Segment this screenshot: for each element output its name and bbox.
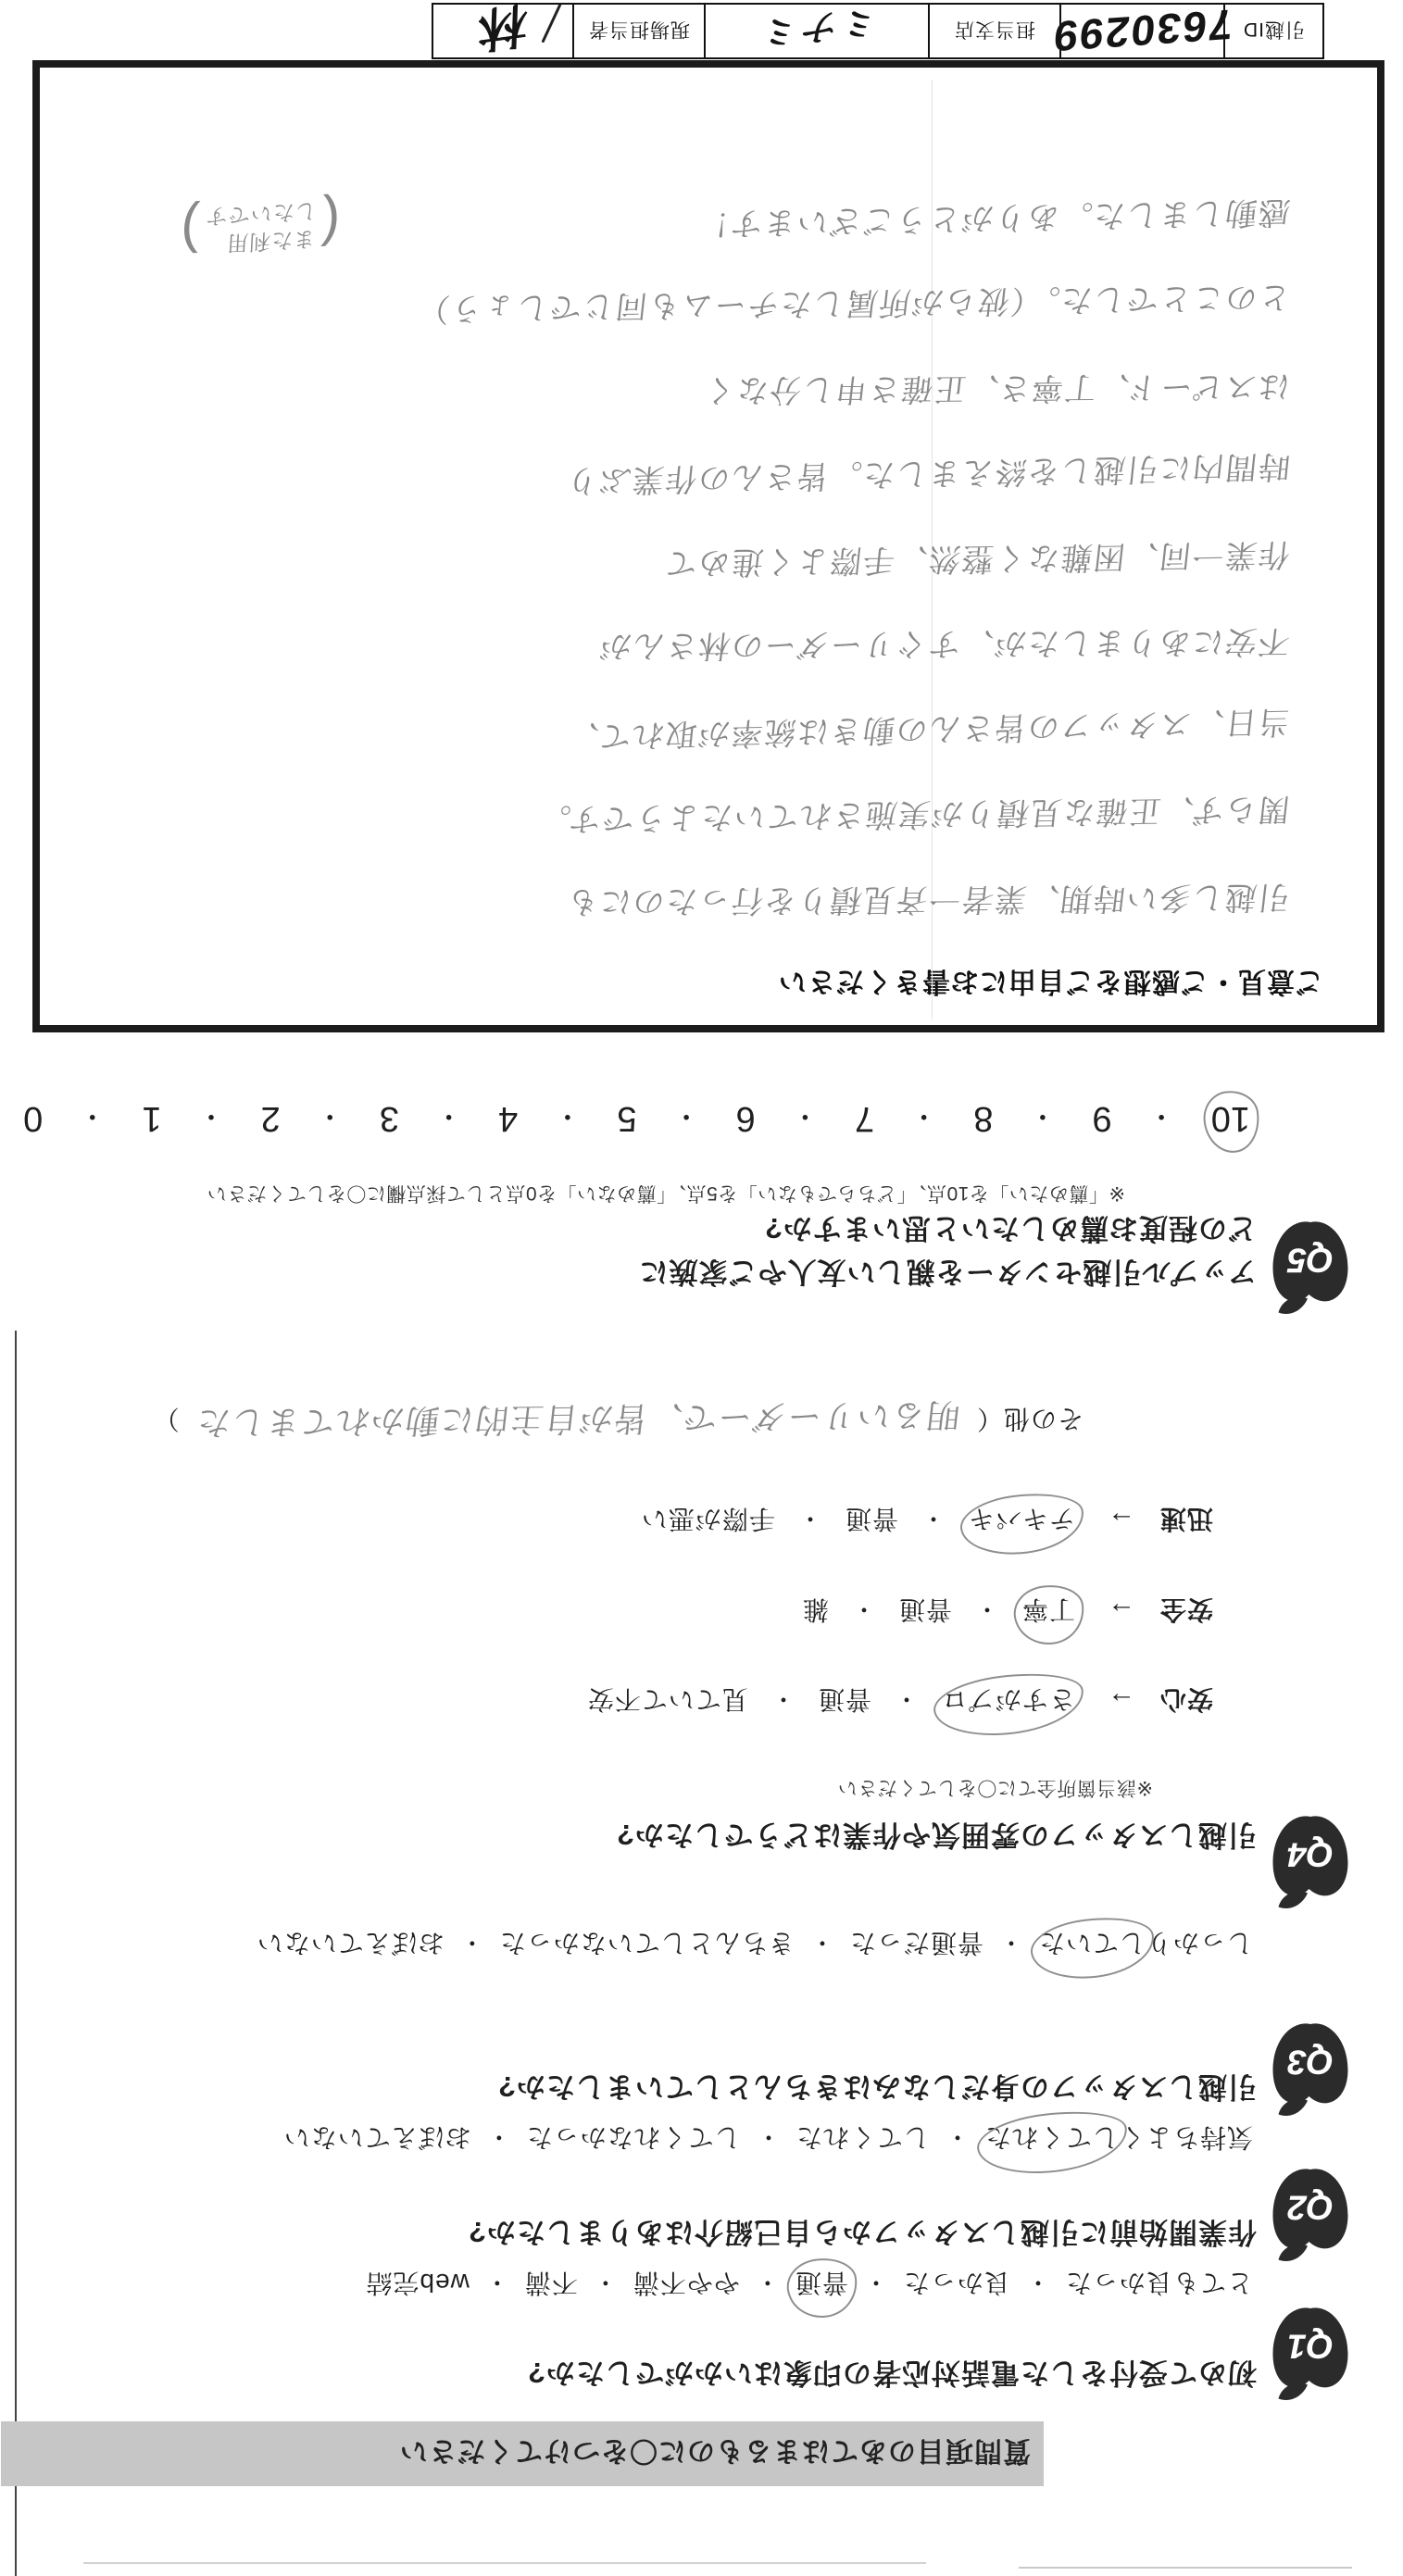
answer-option: 4 <box>498 1099 518 1139</box>
answer-option: 2 <box>261 1099 281 1139</box>
q4-other-handwriting: 明るいリーダーで、皆が自主的に動かれてました <box>193 1394 962 1449</box>
answer-option: してくれた <box>795 2120 930 2157</box>
answer-option: web完結 <box>365 2266 469 2303</box>
branch-label: 担当支店 <box>954 18 1035 45</box>
comment-line: とのことでした。（彼らが所属したチームも同じでしょう） <box>414 277 1292 334</box>
banner-text: 質問項目のあてはまるものに〇をつけてください <box>399 2433 1031 2474</box>
q1-apple-badge-icon: Q1 <box>1266 2298 1355 2405</box>
option-separator: ・ <box>435 1098 463 1139</box>
answer-option: してくれなかった <box>526 2120 741 2157</box>
option-separator: ・ <box>952 1594 1021 1629</box>
q5-title-line2: どの程度お薦めしたいと思いますか? <box>764 1210 1257 1252</box>
circled-answer: 普通 <box>795 2266 848 2303</box>
q4-row-anshin: 安心→さすがプロ・普通・見ていて不安 <box>587 1682 1213 1719</box>
option-separator: ・ <box>316 1098 344 1139</box>
answer-option: 丁寧 <box>1021 1593 1075 1630</box>
scan-artifact-line <box>1019 2567 1352 2569</box>
answer-option: しっかりしていた <box>1038 1926 1253 1963</box>
option-separator: ・ <box>740 2268 795 2302</box>
q5-note: ※「薦めたい」を10点、「どちらでもない」を5点、「薦めない」を0点として採点欄… <box>207 1181 1125 1208</box>
branch-label-cell: 担当支店 <box>928 5 1059 57</box>
staff-signature-cell: 林 <box>433 5 572 57</box>
answer-option: 8 <box>973 1099 993 1139</box>
comment-line: 当日、スタッフの皆さんの動きは統率が取れて、 <box>563 702 1292 762</box>
comment-ps-text: また利用したいです <box>204 197 318 259</box>
svg-text:Q2: Q2 <box>1287 2189 1334 2228</box>
branch-handwritten-value: ミナミ <box>754 0 880 62</box>
comment-ps-line: また利用 <box>204 225 316 258</box>
answer-option: 見ていて不安 <box>587 1682 748 1719</box>
answer-option: 1 <box>142 1099 161 1139</box>
answer-option: 雑 <box>802 1593 829 1630</box>
option-separator: ・ <box>79 1098 106 1139</box>
scan-page-edge <box>15 1331 17 2576</box>
q3-apple-badge-icon: Q3 <box>1266 2014 1355 2120</box>
answer-option: 良かった <box>903 2266 1010 2303</box>
option-separator: ・ <box>829 1594 898 1629</box>
comment-line: 引越し多い時期、業者一斉見積りを行ったのにも <box>563 877 1292 927</box>
option-separator: ・ <box>795 1928 849 1962</box>
answer-option: 5 <box>617 1099 636 1139</box>
option-separator: ・ <box>672 1098 700 1139</box>
circled-answer: していた <box>1038 1926 1146 1963</box>
option-text: しっかり <box>1146 1929 1253 1957</box>
option-separator: ・ <box>554 1098 582 1139</box>
q4-row: 迅速→テキパキ・普通・手際が悪い <box>641 1502 1213 1539</box>
answer-option: とても良かった <box>1065 2266 1253 2303</box>
option-separator: ・ <box>871 1684 941 1719</box>
option-separator: ・ <box>930 2122 984 2157</box>
staff-label: 現場担当者 <box>588 18 690 45</box>
q4-other-row: その他（ 明るいリーダーで、皆が自主的に動かれてました ） <box>154 1397 1084 1444</box>
arrow-right-icon: → <box>1107 1595 1135 1627</box>
option-text: 気持ちよく <box>1119 2123 1253 2152</box>
option-separator: ・ <box>983 1928 1038 1962</box>
option-separator: ・ <box>471 2122 526 2157</box>
q2-options: 気持ちよくしてくれた・してくれた・してくれなかった・おぼえていない <box>283 2120 1253 2157</box>
comment-line: 不安にありましたが、すぐリーダーの林さんが <box>595 621 1292 671</box>
moving-id-label-cell: 引越ID <box>1223 5 1322 57</box>
answer-option: 0 <box>23 1099 43 1139</box>
q4-row-anzen: 安全→丁寧・普通・雑 <box>802 1593 1213 1630</box>
answer-option: 不満 <box>524 2266 578 2303</box>
circled-answer: してくれた <box>984 2120 1119 2157</box>
svg-text:Q5: Q5 <box>1286 1242 1334 1281</box>
answer-option: さすがプロ <box>941 1682 1075 1719</box>
q4-row: 安全→丁寧・普通・雑 <box>802 1593 1213 1630</box>
q3-title: 引越しスタッフの身だしなみはきちんとしていましたか? <box>497 2069 1257 2110</box>
answer-option: 6 <box>736 1099 756 1139</box>
q4-row-label: 安心 <box>1159 1682 1213 1719</box>
q2-apple-badge-icon: Q2 <box>1266 2159 1355 2266</box>
option-separator: ・ <box>910 1098 938 1139</box>
circled-answer: テキパキ <box>968 1502 1075 1539</box>
moving-id-value-cell: 7630299 <box>1059 5 1223 57</box>
svg-text:Q3: Q3 <box>1287 2044 1334 2082</box>
arrow-right-icon: → <box>1107 1685 1135 1717</box>
answer-option: 普通だった <box>849 1926 983 1963</box>
answer-option: 普通 <box>898 1593 952 1630</box>
option-separator: ・ <box>197 1098 225 1139</box>
q3-options: しっかりしていた・普通だった・きちんとしていなかった・おぼえていない <box>257 1926 1253 1963</box>
q1-options: とても良かった・良かった・普通・やや不満・不満・web完結 <box>365 2266 1253 2303</box>
q4-row-label: 迅速 <box>1159 1502 1213 1539</box>
scanned-survey-page: { "banner": "質問項目のあてはまるものに〇をつけてください", "q… <box>0 0 1403 2576</box>
scan-artifact-line <box>83 2562 926 2564</box>
staff-signature: 林 <box>477 0 528 69</box>
circled-answer: 10 <box>1211 1099 1250 1139</box>
q5-apple-badge-icon: Q5 <box>1266 1212 1355 1319</box>
q4-note: ※該当箇所全てに〇をしてください <box>837 1775 1153 1803</box>
answer-option: 10 <box>1211 1099 1250 1139</box>
answer-option: 普通 <box>795 2266 848 2303</box>
q5-rating-scale: 10・9・8・7・6・5・4・3・2・1・0 <box>23 1098 1250 1139</box>
answer-option: 9 <box>1092 1099 1111 1139</box>
q4-other-label: その他（ <box>976 1403 1084 1440</box>
comment-line: 作業一同、困難なく整然、手際よく進めて <box>661 534 1292 588</box>
circled-answer: さすがプロ <box>941 1682 1075 1719</box>
q4-other-close: ） <box>154 1403 180 1440</box>
answer-option: テキパキ <box>968 1502 1075 1539</box>
q1-title: 初めて受付をした電話対応者の印象はいかがでしたか? <box>527 2355 1257 2396</box>
answer-option: 普通 <box>818 1682 871 1719</box>
comment-box-header: ご意見・ご感想をご自由にお書きください <box>778 964 1323 1005</box>
answer-option: 気持ちよくしてくれた <box>984 2120 1253 2157</box>
option-separator: ・ <box>1010 2268 1065 2302</box>
comment-line: はスピード、丁寧さ、正確さ申し分なく <box>700 367 1292 416</box>
option-separator: ・ <box>445 1928 499 1962</box>
answer-option: 普通 <box>845 1502 898 1539</box>
moving-id-label: 引越ID <box>1243 18 1305 45</box>
q4-row-jinsoku: 迅速→テキパキ・普通・手際が悪い <box>641 1502 1213 1539</box>
answer-option: おぼえていない <box>257 1926 445 1963</box>
option-separator: ・ <box>748 1684 818 1719</box>
comment-ps-note: また利用したいです <box>179 192 341 264</box>
answer-option: 3 <box>380 1099 399 1139</box>
answer-option: 手際が悪い <box>641 1502 775 1539</box>
comment-line: 時間内に引越しを終えました。皆さんの作業ぶり <box>563 446 1293 506</box>
answer-option: おぼえていない <box>283 2120 471 2157</box>
option-separator: ・ <box>470 2268 524 2302</box>
branch-value-cell: ミナミ <box>704 5 928 57</box>
q4-apple-badge-icon: Q4 <box>1266 1807 1355 1913</box>
circled-answer: 丁寧 <box>1021 1593 1075 1630</box>
answer-option: 7 <box>855 1099 874 1139</box>
option-separator: ・ <box>775 1504 845 1538</box>
q2-title: 作業開始前に引越しスタッフから自己紹介はありましたか? <box>468 2214 1257 2256</box>
svg-text:Q1: Q1 <box>1287 2328 1334 2367</box>
footer-id-table: 引越ID 7630299 担当支店 ミナミ 現場担当者 林 <box>432 3 1324 59</box>
q4-row: 安心→さすがプロ・普通・見ていて不安 <box>587 1682 1213 1719</box>
staff-label-cell: 現場担当者 <box>572 5 704 57</box>
answer-option: やや不満 <box>633 2266 740 2303</box>
option-separator: ・ <box>848 2268 903 2302</box>
option-separator: ・ <box>741 2122 795 2157</box>
option-separator: ・ <box>578 2268 633 2302</box>
option-separator: ・ <box>1147 1098 1175 1139</box>
option-separator: ・ <box>791 1098 819 1139</box>
comment-box: ご意見・ご感想をご自由にお書きください 引越し多い時期、業者一斉見積りを行ったの… <box>32 60 1384 1032</box>
svg-text:Q4: Q4 <box>1287 1836 1334 1875</box>
moving-id-handwritten-value: 7630299 <box>1050 0 1235 62</box>
q5-title-line1: アップル引越センターを親しい友人やご家族に <box>639 1254 1257 1295</box>
comment-line: 感動しました。ありがとうございます！ <box>695 192 1292 249</box>
option-separator: ・ <box>898 1504 968 1538</box>
arrow-right-icon: → <box>1107 1505 1135 1536</box>
answer-option: きちんとしていなかった <box>499 1926 795 1963</box>
section-banner: 質問項目のあてはまるものに〇をつけてください <box>1 2421 1044 2486</box>
upside-down-scanned-sheet: 質問項目のあてはまるものに〇をつけてください Q1 初めて受付をした電話対応者の… <box>0 0 1403 2576</box>
q4-row-label: 安全 <box>1159 1593 1213 1630</box>
option-separator: ・ <box>1029 1098 1057 1139</box>
q4-title: 引越しスタッフの雰囲気や作業はどうでしたか? <box>616 1817 1257 1858</box>
comment-line: 関らず、正確な見積りが実施されていたようです。 <box>535 789 1293 844</box>
